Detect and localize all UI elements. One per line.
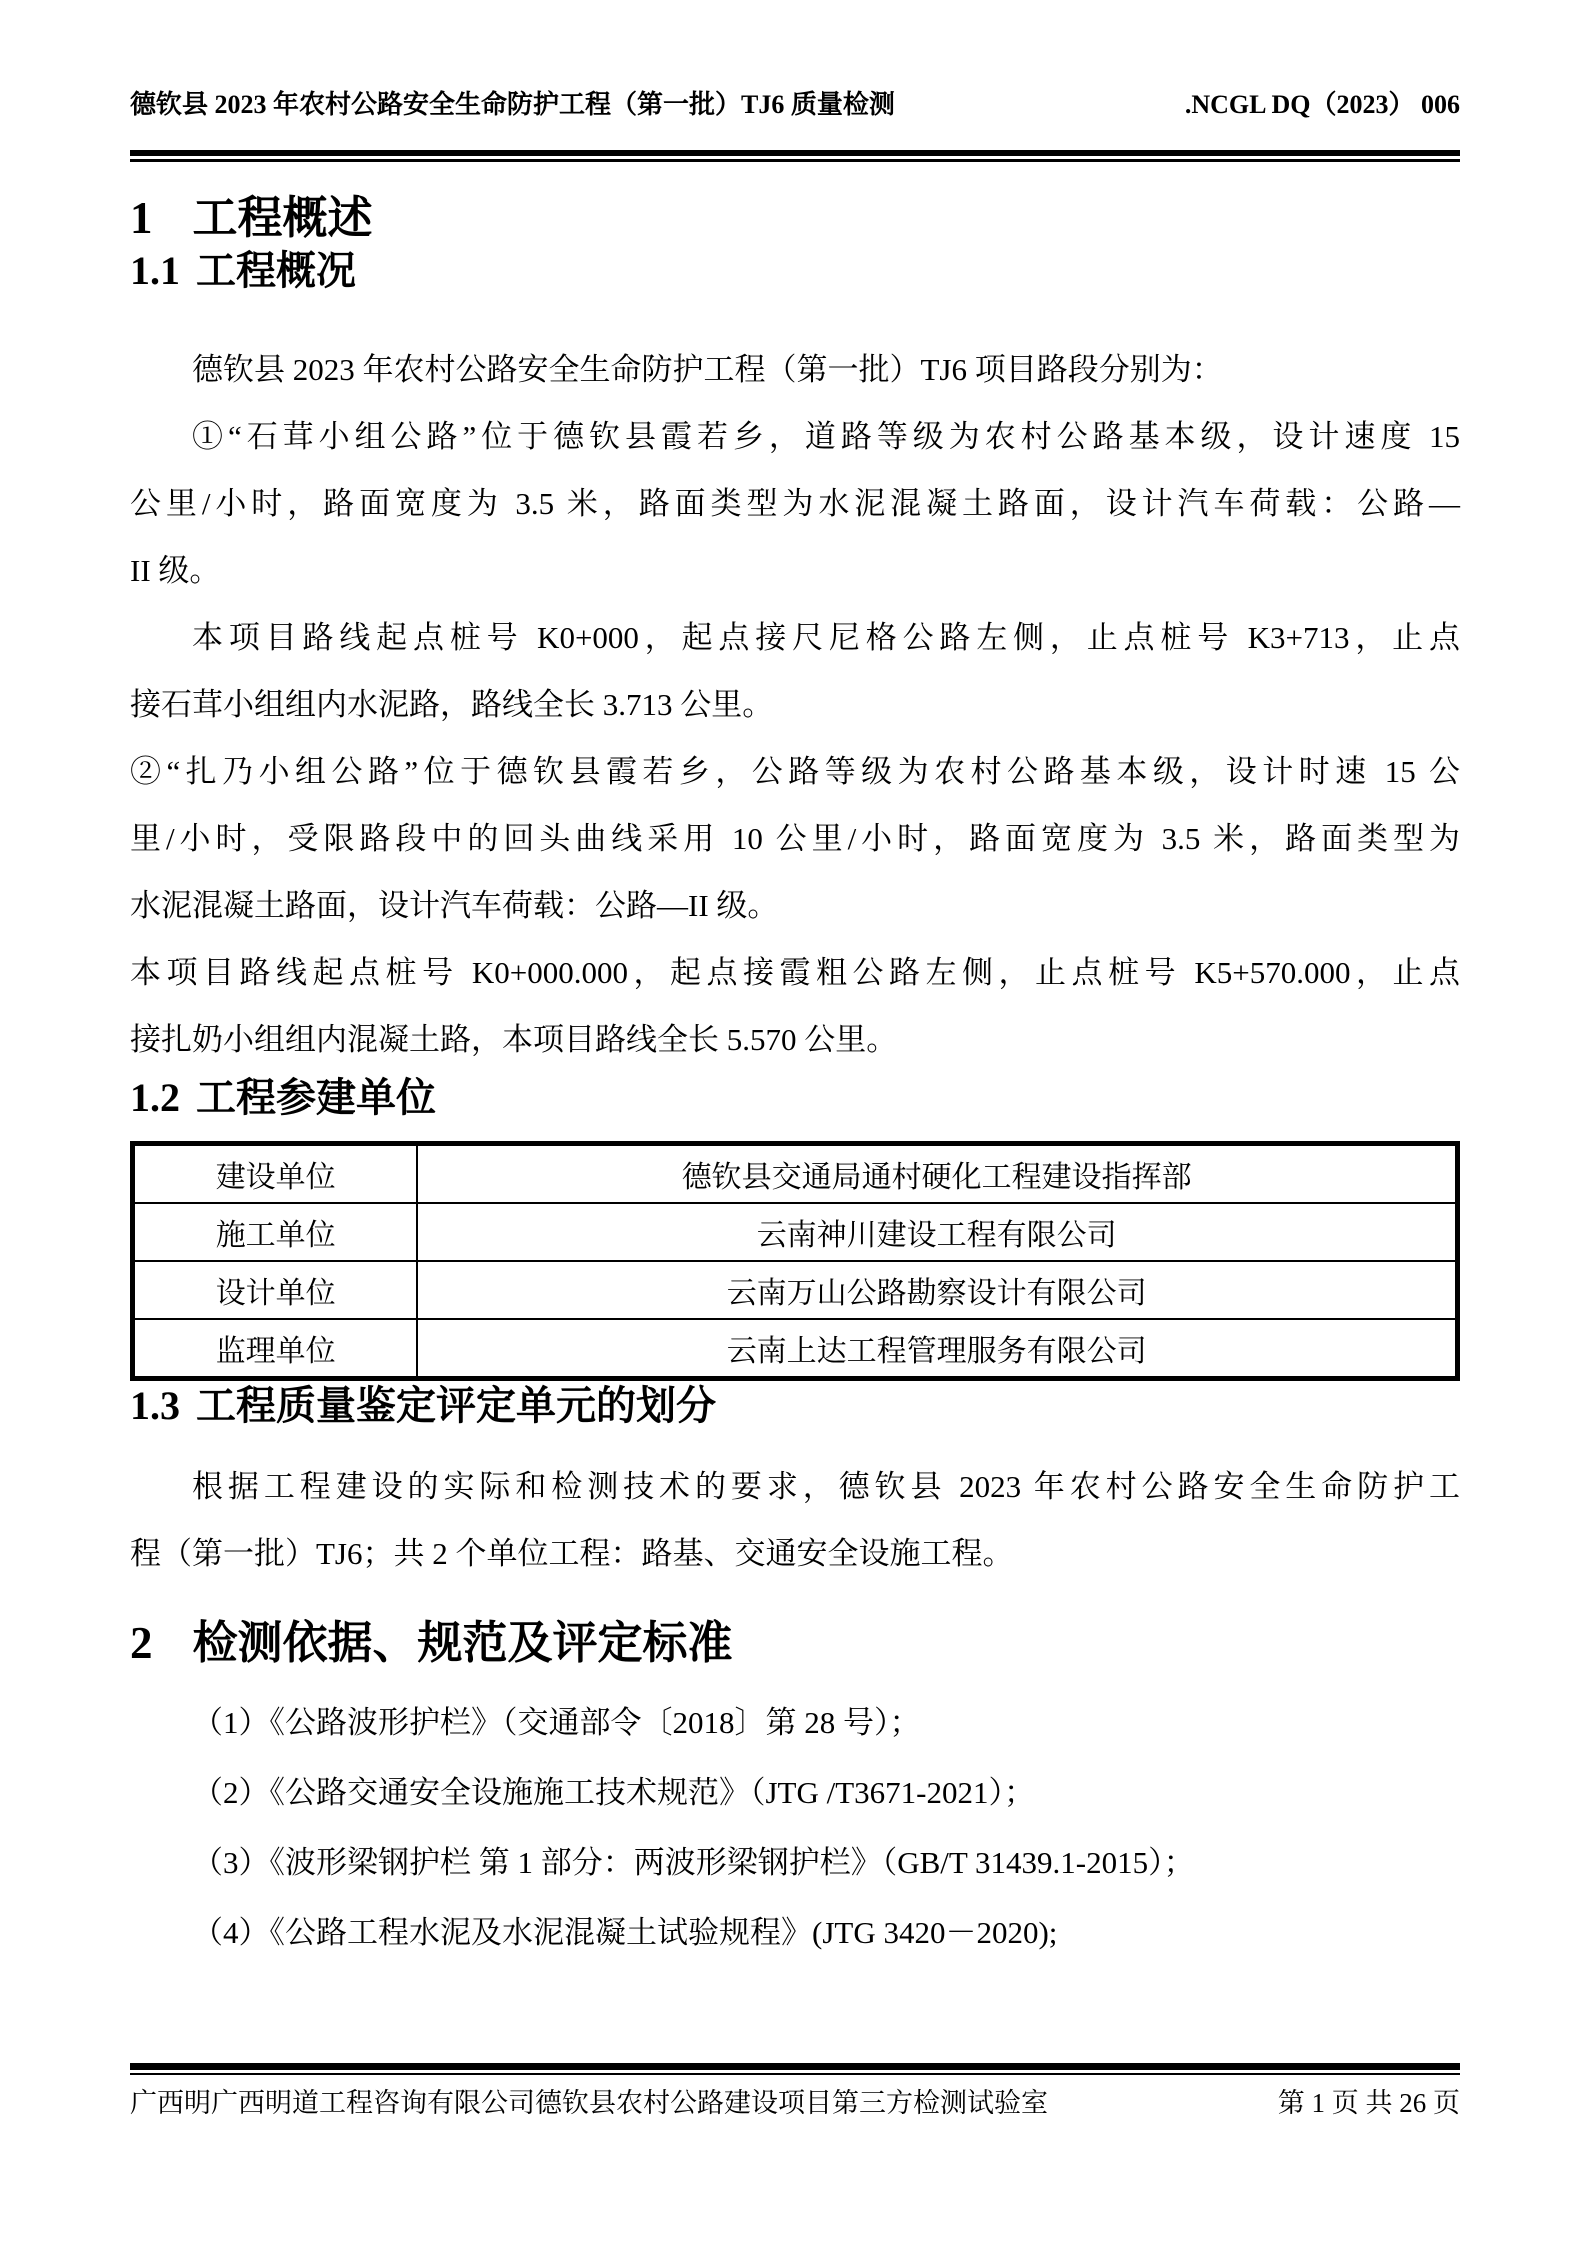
section-1-3-body: 根据工程建设的实际和检测技术的要求，德钦县 2023 年农村公路安全生命防护工程… — [130, 1453, 1460, 1587]
section-1-2-number: 1.2 — [130, 1073, 180, 1123]
participant-role-cell: 监理单位 — [133, 1319, 418, 1379]
body-line: ②“扎乃小组公路”位于德钦县霞若乡，公路等级为农村公路基本级，设计时速 15 公 — [130, 738, 1460, 805]
section-1-3-title: 工程质量鉴定评定单元的划分 — [196, 1383, 716, 1428]
section-1-1-heading: 1.1工程概况 — [130, 246, 1460, 296]
section-1-1-title: 工程概况 — [196, 248, 356, 293]
body-line: 德钦县 2023 年农村公路安全生命防护工程（第一批）TJ6 项目路段分别为： — [130, 336, 1460, 403]
section-1-number: 1 — [130, 190, 153, 246]
header-rule-thick — [130, 150, 1460, 156]
section-1-2-heading: 1.2工程参建单位 — [130, 1073, 1460, 1123]
participants-table: 建设单位 德钦县交通局通村硬化工程建设指挥部 施工单位 云南神川建设工程有限公司… — [130, 1141, 1460, 1381]
reference-item: （2）《公路交通安全设施施工技术规范》（JTG /T3671-2021）； — [130, 1759, 1460, 1826]
participant-name-cell: 德钦县交通局通村硬化工程建设指挥部 — [417, 1144, 1457, 1204]
participant-role-cell: 设计单位 — [133, 1261, 418, 1319]
section-1-3-heading: 1.3工程质量鉴定评定单元的划分 — [130, 1381, 1460, 1431]
reference-item: （1）《公路波形护栏》（交通部令〔2018〕第 28 号）； — [130, 1689, 1460, 1756]
participant-role-cell: 建设单位 — [133, 1144, 418, 1204]
body-line: 公里/小时，路面宽度为 3.5 米，路面类型为水泥混凝土路面，设计汽车荷载：公路… — [130, 470, 1460, 537]
section-1-3-number: 1.3 — [130, 1381, 180, 1431]
section-1-1-number: 1.1 — [130, 246, 180, 296]
body-line: 里/小时，受限路段中的回头曲线采用 10 公里/小时，路面宽度为 3.5 米，路… — [130, 805, 1460, 872]
header-doc-title: 德钦县 2023 年农村公路安全生命防护工程（第一批）TJ6 质量检测 — [130, 90, 895, 120]
body-line: II 级。 — [130, 537, 1460, 604]
section-2-heading: 2检测依据、规范及评定标准 — [130, 1615, 1460, 1671]
section-2-number: 2 — [130, 1615, 153, 1671]
section-1-title: 工程概述 — [193, 193, 373, 243]
reference-item: （3）《波形梁钢护栏 第 1 部分：两波形梁钢护栏》（GB/T 31439.1-… — [130, 1829, 1460, 1896]
participant-name-cell: 云南神川建设工程有限公司 — [417, 1203, 1457, 1261]
footer-rule-thick — [130, 2063, 1460, 2070]
header-rule-thin — [130, 159, 1460, 162]
participant-name-cell: 云南万山公路勘察设计有限公司 — [417, 1261, 1457, 1319]
body-line: 本项目路线起点桩号 K0+000.000，起点接霞粗公路左侧，止点桩号 K5+5… — [130, 939, 1460, 1006]
section-2-title: 检测依据、规范及评定标准 — [193, 1618, 733, 1668]
section-1-2-title: 工程参建单位 — [196, 1075, 436, 1120]
section-1-1-body: 德钦县 2023 年农村公路安全生命防护工程（第一批）TJ6 项目路段分别为：①… — [130, 336, 1460, 1073]
participant-name-cell: 云南上达工程管理服务有限公司 — [417, 1319, 1457, 1379]
body-line: 接扎奶小组组内混凝土路，本项目路线全长 5.570 公里。 — [130, 1006, 1460, 1073]
body-line: ①“石茸小组公路”位于德钦县霞若乡，道路等级为农村公路基本级，设计速度 15 — [130, 403, 1460, 470]
body-line: 水泥混凝土路面，设计汽车荷载：公路—II 级。 — [130, 872, 1460, 939]
participants-table-row: 设计单位 云南万山公路勘察设计有限公司 — [133, 1261, 1458, 1319]
footer-rule-thin — [130, 2073, 1460, 2075]
page-header: 德钦县 2023 年农村公路安全生命防护工程（第一批）TJ6 质量检测 .NCG… — [130, 0, 1460, 120]
participants-table-row: 监理单位 云南上达工程管理服务有限公司 — [133, 1319, 1458, 1379]
body-line: 程（第一批）TJ6；共 2 个单位工程：路基、交通安全设施工程。 — [130, 1520, 1460, 1587]
participant-role-cell: 施工单位 — [133, 1203, 418, 1261]
body-line: 根据工程建设的实际和检测技术的要求，德钦县 2023 年农村公路安全生命防护工 — [130, 1453, 1460, 1520]
participants-table-row: 建设单位 德钦县交通局通村硬化工程建设指挥部 — [133, 1144, 1458, 1204]
page-content: 德钦县 2023 年农村公路安全生命防护工程（第一批）TJ6 质量检测 .NCG… — [0, 0, 1587, 1966]
page-footer: 广西明广西明道工程咨询有限公司德钦县农村公路建设项目第三方检测试验室 第 1 页… — [130, 2063, 1460, 2119]
footer-page-info: 第 1 页 共 26 页 — [1278, 2087, 1460, 2119]
reference-list: （1）《公路波形护栏》（交通部令〔2018〕第 28 号）；（2）《公路交通安全… — [130, 1689, 1460, 1966]
section-1-heading: 1工程概述 — [130, 190, 1460, 246]
footer-org: 广西明广西明道工程咨询有限公司德钦县农村公路建设项目第三方检测试验室 — [130, 2087, 1048, 2119]
participants-table-row: 施工单位 云南神川建设工程有限公司 — [133, 1203, 1458, 1261]
header-doc-number: .NCGL DQ（2023） 006 — [1185, 90, 1460, 120]
body-line: 本项目路线起点桩号 K0+000，起点接尺尼格公路左侧，止点桩号 K3+713，… — [130, 604, 1460, 671]
reference-item: （4）《公路工程水泥及水泥混凝土试验规程》(JTG 3420－2020); — [130, 1899, 1460, 1966]
body-line: 接石茸小组组内水泥路，路线全长 3.713 公里。 — [130, 671, 1460, 738]
document-page: 德钦县 2023 年农村公路安全生命防护工程（第一批）TJ6 质量检测 .NCG… — [0, 0, 1587, 2245]
